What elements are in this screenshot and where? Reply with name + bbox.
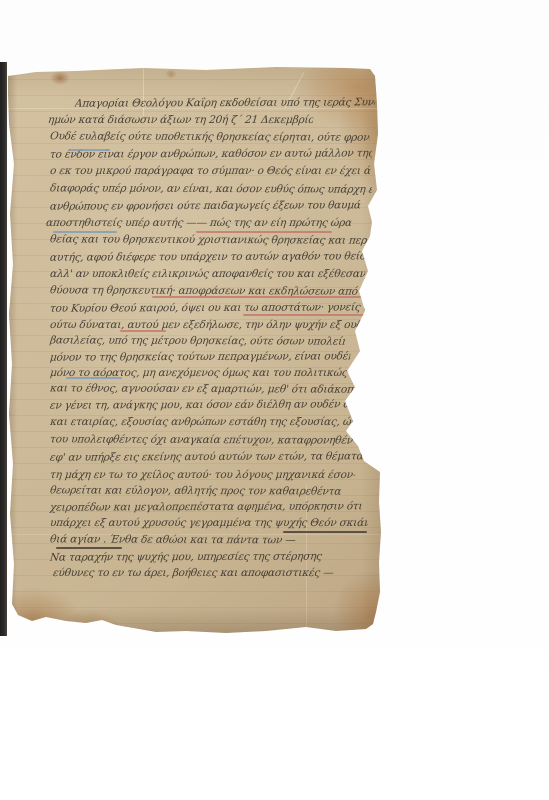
handwritten-line: εύθυνες το εν τω άρει, βοήθειες και αποφ… bbox=[52, 567, 353, 580]
handwritten-line: εφ' αν υπήρξε εις εκείνης αυτού αυτών τω… bbox=[49, 450, 365, 464]
handwritten-line: αποστηθιστείς υπέρ αυτής —— πώς της αν ε… bbox=[45, 217, 351, 230]
handwritten-line: αλλ' αν υποκλιθείς ειλικρινώς αποφανθείς… bbox=[49, 268, 365, 281]
scanner-edge-strip bbox=[0, 62, 7, 636]
underline-mark-red bbox=[196, 231, 332, 233]
handwritten-line: ούτω δύναται, αυτού μεν εξεδήλωσε, την ό… bbox=[49, 319, 370, 332]
underline-mark-red bbox=[152, 296, 362, 298]
handwritten-line: βασιλείας, υπό της μέτρου θρησκείας, ούτ… bbox=[49, 334, 345, 348]
underline-mark-ink bbox=[56, 547, 122, 549]
manuscript-paper: Απαγορίαι Θεολόγου Καΐρη εκδοθείσαι υπό … bbox=[6, 64, 384, 636]
handwritten-line: αυτής, αφού διέφερε του υπάρχειν το αυτώ… bbox=[49, 250, 372, 264]
handwritten-line: χειροπέδων και μεγαλοπρεπέστατα αφημένα,… bbox=[49, 500, 368, 514]
handwritten-line: θεωρείται και εύλογον, αθλητής προς τον … bbox=[49, 484, 360, 498]
handwritten-line: ανθρώπους εν φρονήσει ούτε παιδαγωγείς έ… bbox=[49, 199, 360, 213]
underline-mark-red bbox=[243, 314, 365, 316]
handwritten-line: διαφοράς υπέρ μόνον, αν είναι, και όσον … bbox=[49, 182, 372, 196]
handwritten-line: Απαγορίαι Θεολόγου Καΐρη εκδοθείσαι υπό … bbox=[74, 96, 375, 110]
handwritten-line: Να ταραχήν της ψυχής μου, υπηρεσίες της … bbox=[49, 550, 360, 564]
handwritten-line: τη μάχη εν τω το χείλος αυτού· του λόγου… bbox=[49, 469, 355, 482]
handwritten-line: και εταιρίας, εξουσίας ανθρώπων εστάθη τ… bbox=[49, 416, 360, 429]
handwritten-line: υπάρχει εξ αυτού χρυσούς γεγραμμένα της … bbox=[49, 517, 368, 530]
underline-mark-red bbox=[120, 330, 166, 332]
handwritten-line: ο εκ του μικρού παράγραφα το σύμπαν· ο Θ… bbox=[49, 165, 370, 178]
handwritten-line: Ουδέ ευλαβείς ούτε υποθετικής θρησκείας … bbox=[49, 130, 370, 144]
underline-mark-ink bbox=[283, 531, 367, 533]
handwritten-line: εν γένει τη, ανάγκης μου, και όσον εάν δ… bbox=[49, 398, 360, 412]
handwritten-line: μόνον το της θρησκείας τούτων πεπραγμένω… bbox=[49, 350, 350, 364]
underline-mark-blue bbox=[70, 149, 110, 151]
handwritten-line: του υπολειφθέντες όχι αναγκαία επέτυχον,… bbox=[49, 433, 355, 447]
handwritten-line: και το έθνος, αγνοούσαν εν εξ αμαρτιών, … bbox=[49, 382, 355, 396]
handwritten-line: θιά αγίαν . Ένθα δε αθώοι και τα πάντα τ… bbox=[49, 533, 360, 547]
underline-mark-blue bbox=[66, 377, 122, 379]
underline-mark-blue bbox=[53, 231, 117, 233]
handwritten-line: θείας και του θρησκευτικού χριστιανικώς … bbox=[49, 233, 368, 247]
handwritten-line: ημών κατά διάσωσιν άξιων τη 20ή ζ΄ 21 Δε… bbox=[47, 114, 313, 127]
